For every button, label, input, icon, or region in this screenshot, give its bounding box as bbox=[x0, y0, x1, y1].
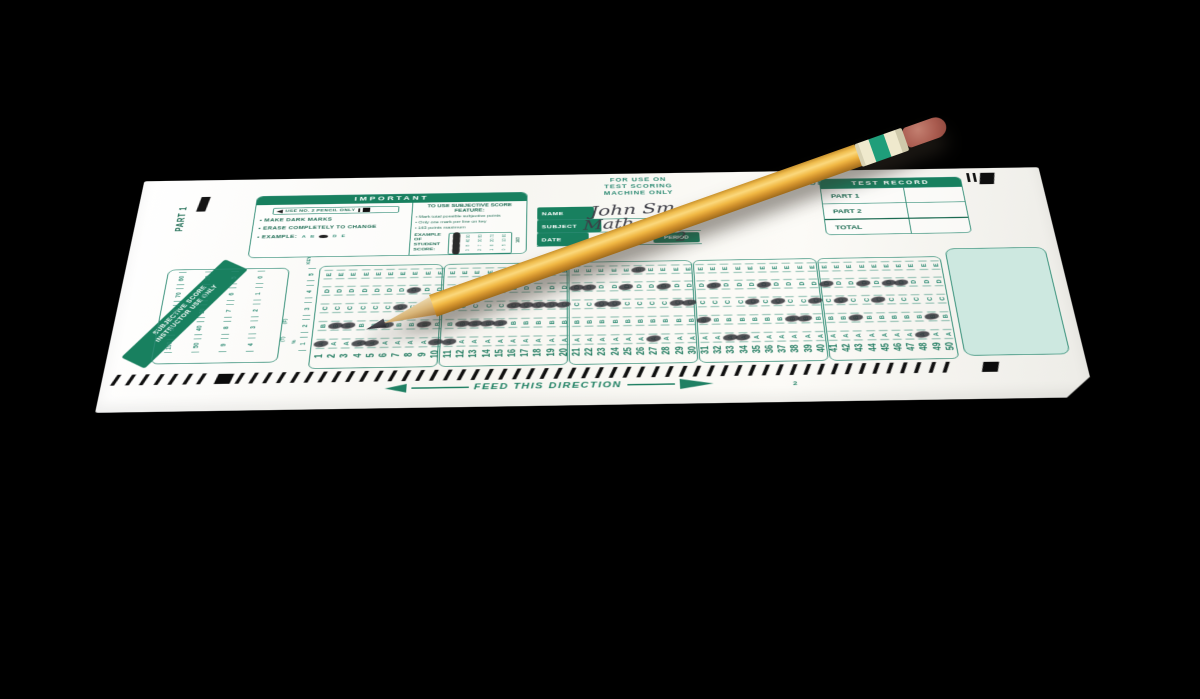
pencil-eraser bbox=[902, 114, 950, 148]
example-bubble: A bbox=[301, 235, 305, 239]
timing-mark bbox=[359, 371, 369, 382]
timing-mark bbox=[304, 372, 314, 383]
timing-mark bbox=[734, 365, 742, 376]
subjective-score-bubble: 2 bbox=[247, 304, 264, 318]
timing-mark bbox=[845, 363, 852, 374]
arrow-line bbox=[411, 386, 469, 389]
timing-mark bbox=[567, 368, 576, 379]
timing-mark bbox=[234, 373, 245, 384]
timing-mark bbox=[415, 370, 425, 381]
test-record-total: TOTAL bbox=[825, 219, 911, 235]
timing-mark bbox=[498, 369, 507, 380]
timing-block bbox=[214, 374, 235, 384]
mini-score-total: 163 bbox=[515, 237, 521, 242]
mini-score-cell: 2 bbox=[476, 246, 483, 254]
subjective-score-bubble: 80 bbox=[167, 305, 185, 319]
feature-bullet: • 163 points maximum bbox=[415, 225, 523, 231]
timing-mark bbox=[692, 366, 700, 377]
filled-square-icon bbox=[362, 208, 370, 212]
key-bubble: 5 bbox=[303, 268, 320, 281]
subjective-score-bubble: 20 bbox=[196, 288, 213, 301]
page-number: 2 bbox=[793, 380, 798, 387]
timing-mark bbox=[401, 370, 411, 381]
subjective-score-bubble: 60 bbox=[173, 272, 190, 285]
bar-icon bbox=[358, 208, 360, 212]
answer-bubble: A bbox=[939, 329, 957, 339]
feed-direction-label: FEED THIS DIRECTION bbox=[474, 381, 622, 392]
timing-bar-icon bbox=[966, 173, 971, 182]
subjective-score-bubble: 30 bbox=[193, 304, 211, 318]
important-bullet: • MAKE DARK MARKS bbox=[259, 216, 405, 223]
timing-mark bbox=[167, 374, 178, 385]
important-box: IMPORTANT USE NO. 2 PENCIL ONLY • MAKE D… bbox=[248, 192, 528, 258]
subjective-score-bubble: 8 bbox=[217, 321, 235, 335]
timing-mark bbox=[248, 373, 258, 384]
timing-mark bbox=[914, 362, 921, 373]
part-1-label: PART 1 bbox=[175, 206, 190, 231]
timing-mark bbox=[817, 364, 825, 375]
pencil-note-box: USE NO. 2 PENCIL ONLY bbox=[272, 206, 399, 215]
timing-mark bbox=[276, 372, 286, 383]
timing-mark bbox=[900, 362, 907, 373]
subjective-score-bubble: 7 bbox=[220, 304, 237, 318]
subjective-score-bubble: 5 bbox=[226, 271, 243, 284]
feed-direction: FEED THIS DIRECTION bbox=[384, 378, 713, 393]
timing-mark bbox=[540, 368, 549, 379]
timing-mark bbox=[332, 371, 342, 382]
subjective-score-bubble: 100 bbox=[160, 339, 178, 353]
subjective-score-bubble: 3 bbox=[244, 320, 261, 334]
key-bubble: 3 bbox=[299, 302, 316, 316]
example-label: • EXAMPLE: bbox=[257, 235, 298, 240]
mini-score-cell: 0 bbox=[500, 245, 507, 253]
timing-bar-icon bbox=[972, 173, 977, 182]
timing-mark bbox=[887, 363, 894, 374]
pencil-icon bbox=[276, 209, 283, 213]
timing-mark bbox=[182, 374, 193, 385]
example-bubble: D bbox=[333, 234, 337, 238]
false-label: (F) bbox=[282, 319, 288, 324]
mini-score-cell: 3 bbox=[464, 246, 471, 254]
machine-note: FOR USE ON TEST SCORING MACHINE ONLY bbox=[579, 176, 699, 198]
timing-mark bbox=[456, 369, 465, 380]
timing-mark bbox=[484, 369, 493, 380]
timing-mark bbox=[651, 366, 659, 377]
subjective-score-bubble: 10 bbox=[199, 272, 216, 285]
timing-mark bbox=[153, 374, 164, 385]
timing-mark bbox=[859, 363, 866, 374]
pencil-ferrule bbox=[854, 127, 909, 166]
key-bubble: 4 bbox=[301, 285, 318, 298]
test-record-total-value bbox=[909, 218, 972, 234]
timing-block bbox=[982, 362, 999, 372]
timing-mark bbox=[110, 375, 121, 386]
timing-mark bbox=[443, 370, 452, 381]
example-bubble: B bbox=[310, 235, 314, 239]
timing-mark bbox=[873, 363, 880, 374]
timing-mark bbox=[387, 370, 397, 381]
answer-bubble: E bbox=[926, 260, 944, 269]
question-number: 50 bbox=[940, 340, 960, 353]
example-row: • EXAMPLE: A B D E bbox=[257, 233, 405, 240]
timing-mark bbox=[789, 364, 797, 375]
handwritten-period: 2 bbox=[675, 230, 687, 244]
timing-mark bbox=[196, 373, 207, 384]
timing-mark bbox=[470, 369, 479, 380]
key-label: KEY bbox=[306, 256, 313, 264]
subjective-score-bubble: 90 bbox=[163, 322, 181, 336]
timing-mark bbox=[595, 367, 604, 378]
timing-mark bbox=[526, 368, 535, 379]
answer-bubble: C bbox=[932, 294, 950, 304]
corner-marks-top-right bbox=[966, 173, 995, 185]
subjective-score-bubble: 40 bbox=[190, 321, 208, 335]
timing-mark bbox=[942, 362, 949, 373]
pencil-note: USE NO. 2 PENCIL ONLY bbox=[285, 208, 355, 213]
answer-bubble: B bbox=[935, 311, 953, 321]
test-record-part2-value bbox=[906, 202, 968, 218]
mini-score-cell: 1 bbox=[488, 246, 495, 254]
pencil-graphite-tip bbox=[364, 319, 386, 334]
subjective-score-bubble: 50 bbox=[187, 338, 205, 352]
timing-mark-top-left bbox=[196, 197, 211, 212]
timing-mark bbox=[345, 371, 355, 382]
subjective-score-bubble: 0 bbox=[252, 271, 269, 284]
example-filled-bubble bbox=[319, 235, 329, 238]
important-bullet: • ERASE COMPLETELY TO CHANGE bbox=[258, 224, 405, 231]
timing-mark bbox=[803, 364, 811, 375]
key-bubble: 1 bbox=[294, 337, 311, 351]
scene: PART 1 IMPORTANT USE NO. 2 PENCIL ONLY •… bbox=[0, 0, 1200, 699]
timing-mark bbox=[706, 365, 714, 376]
mini-score-cell: 4 bbox=[452, 246, 459, 254]
timing-mark bbox=[139, 374, 150, 385]
timing-mark bbox=[512, 368, 521, 379]
timing-mark bbox=[609, 367, 618, 378]
answer-bubble: D bbox=[929, 277, 947, 286]
timing-mark bbox=[678, 366, 686, 377]
test-record-part2: PART 2 bbox=[823, 203, 908, 219]
subjective-score-bubble: 4 bbox=[242, 338, 260, 352]
timing-mark bbox=[124, 375, 135, 386]
arrow-left-icon bbox=[384, 384, 406, 393]
test-record-part1-value bbox=[903, 187, 965, 202]
arrow-line bbox=[627, 383, 675, 385]
timing-mark bbox=[429, 370, 439, 381]
timing-mark bbox=[318, 372, 328, 383]
feature-title: TO USE SUBJECTIVE SCORE FEATURE: bbox=[416, 203, 523, 215]
example-bubble: E bbox=[341, 234, 345, 238]
subjective-score-bubble: 70 bbox=[170, 288, 188, 301]
timing-mark bbox=[762, 365, 770, 376]
test-record-part1: PART 1 bbox=[821, 188, 906, 204]
score-box bbox=[944, 247, 1070, 356]
important-left-column: USE NO. 2 PENCIL ONLY • MAKE DARK MARKS … bbox=[249, 203, 414, 258]
subjective-score-bubble: 1 bbox=[250, 287, 267, 300]
key-bubble: 2 bbox=[297, 319, 314, 333]
subjective-score-bubble: 9 bbox=[215, 338, 233, 352]
timing-mark bbox=[290, 372, 300, 383]
timing-mark bbox=[373, 371, 383, 382]
timing-mark bbox=[623, 367, 632, 378]
timing-mark bbox=[581, 367, 590, 378]
timing-mark bbox=[637, 367, 646, 378]
arrow-right-icon bbox=[679, 378, 713, 389]
true-label: (T) bbox=[280, 337, 287, 342]
mini-score-grid: 1009080706050403020109876543210 bbox=[447, 232, 512, 254]
timing-mark bbox=[262, 372, 272, 383]
sheet: PART 1 IMPORTANT USE NO. 2 PENCIL ONLY •… bbox=[95, 167, 1095, 413]
subjective-score-bubble: 6 bbox=[223, 287, 240, 300]
subjective-feature-box: TO USE SUBJECTIVE SCORE FEATURE: • Mark … bbox=[409, 201, 526, 255]
timing-mark bbox=[748, 365, 756, 376]
timing-mark bbox=[720, 365, 728, 376]
test-record-box: TEST RECORD PART 1 PART 2 TOTAL bbox=[819, 177, 972, 235]
timing-mark bbox=[831, 363, 839, 374]
timing-mark bbox=[554, 368, 563, 379]
timing-mark bbox=[665, 366, 673, 377]
timing-block-icon bbox=[980, 173, 995, 185]
timing-mark bbox=[776, 364, 784, 375]
student-score-example-label: EXAMPLE OF STUDENT SCORE: bbox=[413, 233, 446, 253]
timing-mark bbox=[928, 362, 935, 373]
